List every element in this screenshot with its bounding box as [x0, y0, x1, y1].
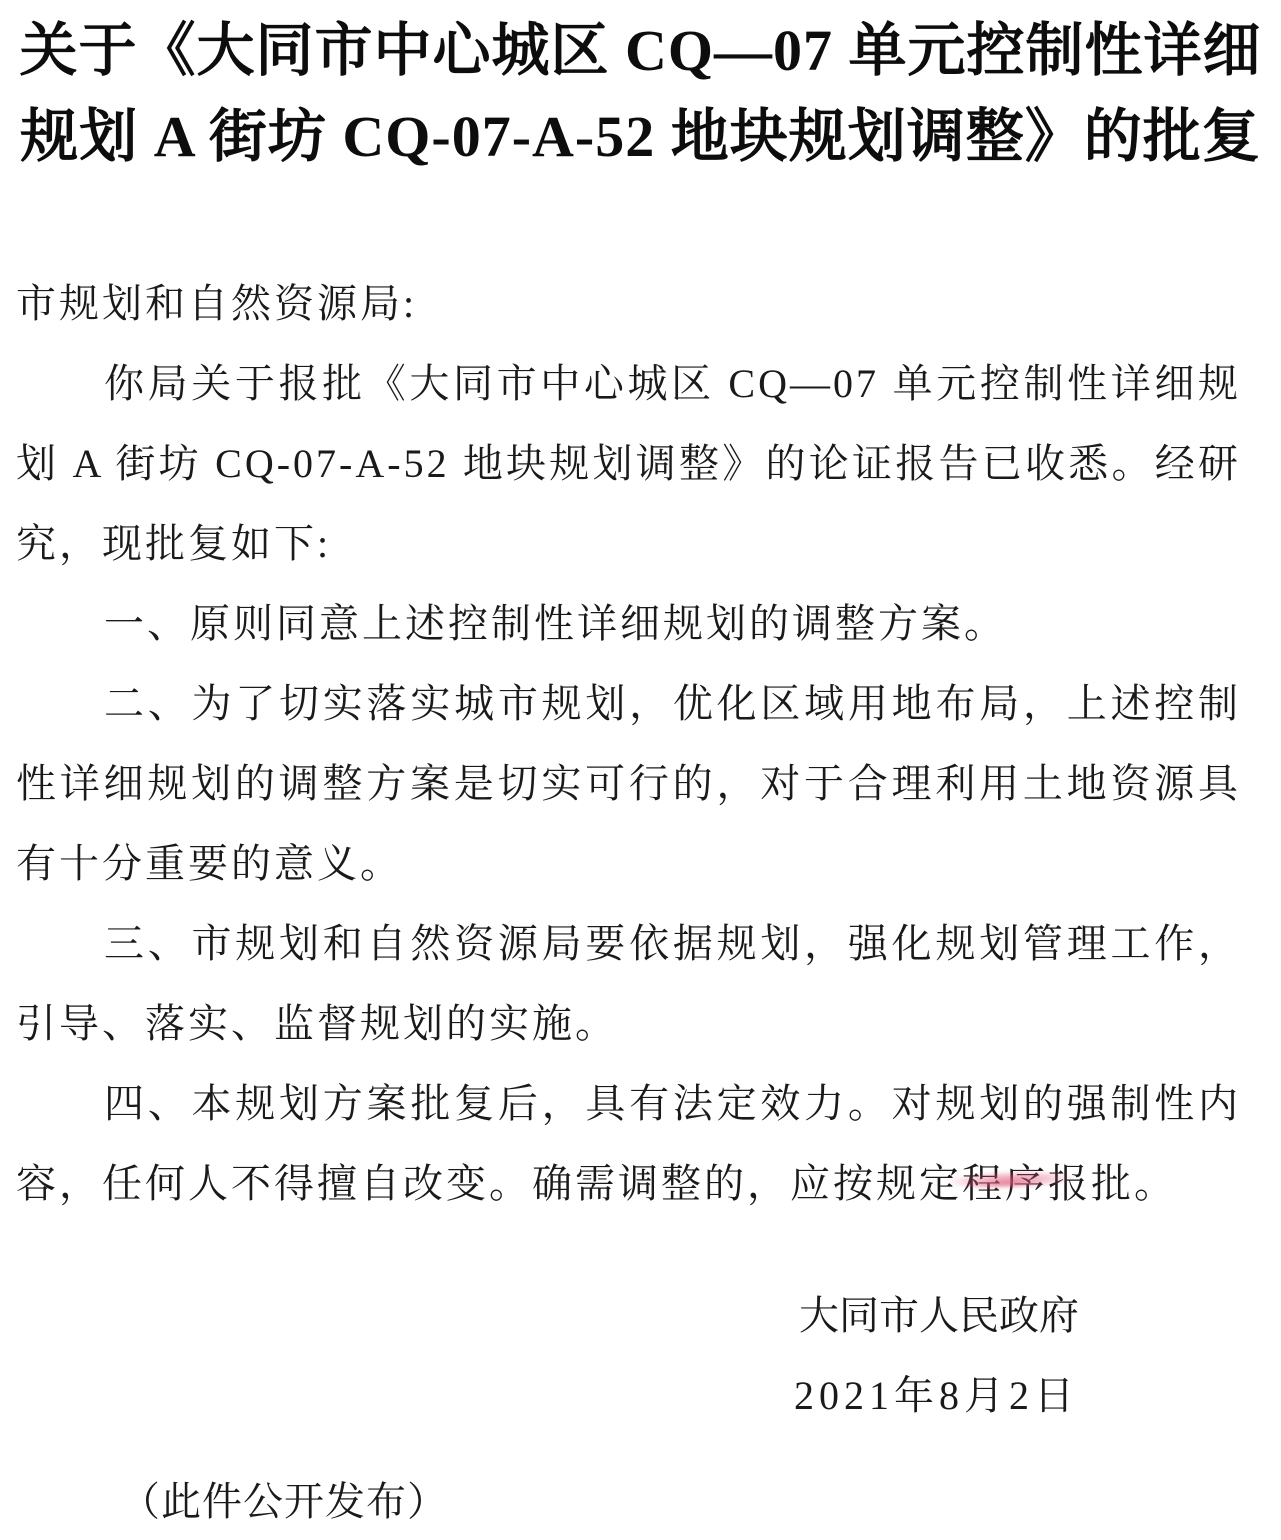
title-line-2: 规划 A 街坊 CQ-07-A-52 地块规划调整》的批复 — [8, 94, 1273, 180]
issue-date: 2021年8月2日 — [0, 1356, 1079, 1436]
document-title: 关于《大同市中心城区 CQ—07 单元控制性详细 规划 A 街坊 CQ-07-A… — [8, 8, 1273, 180]
paragraph-intro: 你局关于报批《大同市中心城区 CQ—07 单元控制性详细规划 A 街坊 CQ-0… — [16, 344, 1241, 584]
paragraph-item-1: 一、原则同意上述控制性详细规划的调整方案。 — [16, 584, 1241, 664]
issuer-name: 大同市人民政府 — [0, 1276, 1079, 1356]
public-release-note: （此件公开发布） — [0, 1462, 1281, 1540]
title-line-1: 关于《大同市中心城区 CQ—07 单元控制性详细 — [8, 8, 1273, 94]
document-body: 市规划和自然资源局: 你局关于报批《大同市中心城区 CQ—07 单元控制性详细规… — [0, 264, 1281, 1224]
signature-block: 大同市人民政府 2021年8月2日 — [0, 1276, 1281, 1436]
document-page: 关于《大同市中心城区 CQ—07 单元控制性详细 规划 A 街坊 CQ-07-A… — [0, 8, 1281, 1540]
salutation: 市规划和自然资源局: — [16, 264, 1241, 344]
paragraph-item-2: 二、为了切实落实城市规划，优化区域用地布局，上述控制性详细规划的调整方案是切实可… — [16, 664, 1241, 904]
paragraph-item-4: 四、本规划方案批复后，具有法定效力。对规划的强制性内容，任何人不得擅自改变。确需… — [16, 1064, 1241, 1224]
paragraph-item-3: 三、市规划和自然资源局要依据规划，强化规划管理工作，引导、落实、监督规划的实施。 — [16, 904, 1241, 1064]
